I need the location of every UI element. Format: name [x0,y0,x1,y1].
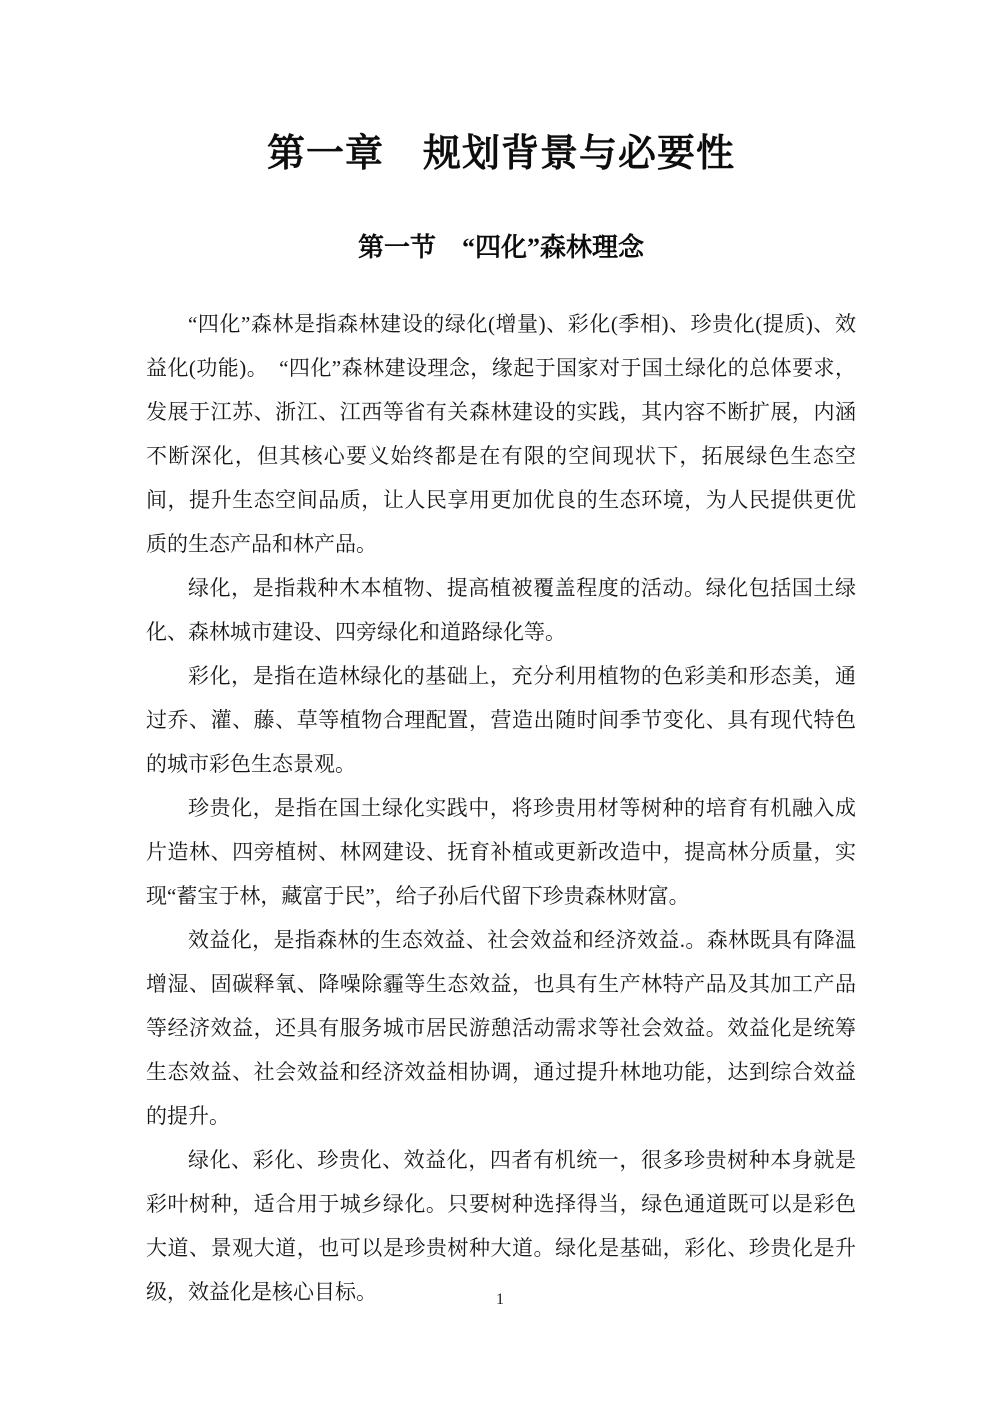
paragraph-xiaoyihua: 效益化，是指森林的生态效益、社会效益和经济效益.。森林既具有降温增湿、固碳释氧、… [146,918,856,1138]
paragraph-zhenguihua: 珍贵化，是指在国土绿化实践中，将珍贵用材等树种的培育有机融入成片造林、四旁植树、… [146,786,856,918]
page-number: 1 [0,1288,1000,1312]
paragraph-sihua-overview: “四化”森林是指森林建设的绿化(增量)、彩化(季相)、珍贵化(提质)、效益化(功… [146,302,856,566]
section-title: 第一节 “四化”森林理念 [146,232,856,264]
paragraph-lvhua: 绿化，是指栽种木本植物、提高植被覆盖程度的活动。绿化包括国土绿化、森林城市建设、… [146,566,856,654]
chapter-title: 第一章 规划背景与必要性 [146,130,856,178]
document-page: 第一章 规划背景与必要性 第一节 “四化”森林理念 “四化”森林是指森林建设的绿… [0,0,1000,1414]
paragraph-caihua: 彩化，是指在造林绿化的基础上，充分利用植物的色彩美和形态美，通过乔、灌、藤、草等… [146,654,856,786]
document-body: “四化”森林是指森林建设的绿化(增量)、彩化(季相)、珍贵化(提质)、效益化(功… [146,302,856,1314]
